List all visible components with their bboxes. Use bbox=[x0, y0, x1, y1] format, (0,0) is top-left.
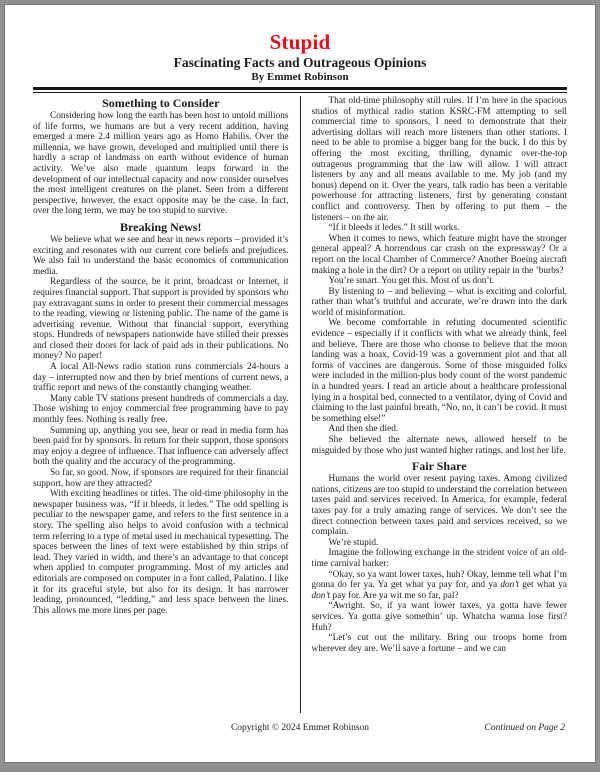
body-paragraph: A local All-News radio station runs comm… bbox=[33, 362, 289, 394]
body-paragraph: We become comfortable in refuting docume… bbox=[312, 318, 568, 424]
page-title: Stupid bbox=[33, 31, 567, 54]
continued-note: Continued on Page 2 bbox=[485, 722, 565, 734]
text-run: get what ya bbox=[519, 580, 567, 590]
document-page: Stupid Fascinating Facts and Outrageous … bbox=[4, 4, 596, 763]
byline: By Emmet Robinson bbox=[33, 71, 567, 84]
body-paragraph: By listening to – and believing – what i… bbox=[312, 287, 568, 319]
body-paragraph: Regardless of the source, be it print, b… bbox=[33, 277, 289, 362]
body-paragraph: Humans the world over resent paying taxe… bbox=[312, 474, 568, 538]
body-paragraph: So far, so good. Now, if sponsors are re… bbox=[33, 468, 289, 489]
copyright-text: Copyright © 2024 Emmet Robinson bbox=[231, 723, 369, 733]
body-paragraph: She believed the alternate news, allowed… bbox=[312, 435, 568, 456]
body-paragraph: “Awright. So, if ya want lower taxes, ya… bbox=[312, 601, 568, 633]
page-frame: Stupid Fascinating Facts and Outrageous … bbox=[0, 0, 600, 772]
body-paragraph: “Okay, so ya want lower taxes, huh? Okay… bbox=[312, 570, 568, 602]
header-double-rule bbox=[33, 87, 567, 93]
two-column-body: Something to ConsiderConsidering how lon… bbox=[33, 96, 567, 713]
body-paragraph: When it comes to news, which feature mig… bbox=[312, 234, 568, 276]
left-column: Something to ConsiderConsidering how lon… bbox=[33, 96, 300, 713]
body-paragraph: Considering how long the earth has been … bbox=[33, 111, 289, 217]
page-footer: Copyright © 2024 Emmet Robinson Continue… bbox=[5, 722, 595, 736]
body-paragraph: That old-time philosophy still rules. If… bbox=[312, 96, 568, 223]
right-column: That old-time philosophy still rules. If… bbox=[301, 96, 568, 713]
body-paragraph: With exciting headlines or titles. The o… bbox=[33, 489, 289, 616]
italic-run: don’t bbox=[500, 580, 519, 590]
italic-run: don’t bbox=[312, 591, 331, 601]
section-heading: Fair Share bbox=[312, 460, 568, 473]
document-header: Stupid Fascinating Facts and Outrageous … bbox=[33, 5, 567, 93]
text-run: pay for. Are ya wit me so far, pal? bbox=[330, 591, 458, 601]
body-paragraph: Summing up, anything you see, hear or re… bbox=[33, 426, 289, 468]
section-heading: Something to Consider bbox=[33, 97, 289, 110]
body-paragraph: Imagine the following exchange in the st… bbox=[312, 548, 568, 569]
page-subtitle: Fascinating Facts and Outrageous Opinion… bbox=[33, 55, 567, 71]
section-heading: Breaking News! bbox=[33, 221, 289, 234]
body-paragraph: And then she died. bbox=[312, 424, 568, 435]
body-paragraph: You’re smart. You get this. Most of us d… bbox=[312, 276, 568, 287]
body-paragraph: “If it bleeds it ledes.” It still works. bbox=[312, 223, 568, 234]
body-paragraph: We’re stupid. bbox=[312, 538, 568, 549]
body-paragraph: “Let’s cut out the military. Bring our t… bbox=[312, 633, 568, 654]
body-paragraph: We believe what we see and hear in news … bbox=[33, 235, 289, 277]
body-paragraph: Many cable TV stations present hundreds … bbox=[33, 394, 289, 426]
